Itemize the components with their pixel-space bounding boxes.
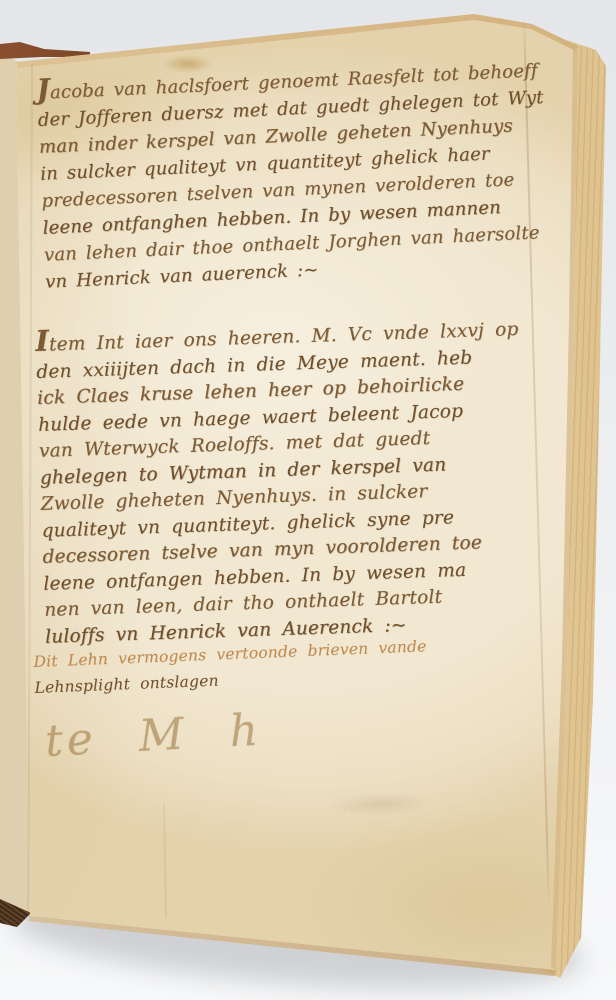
pen-trial-marks: te M h xyxy=(44,709,263,764)
manuscript-entry-2: Item Int iaer ons heeren. M. Vc vnde lxx… xyxy=(35,314,570,651)
manuscript-photo: Jacoba van haclsfoert genoemt Raesfelt t… xyxy=(0,0,616,1000)
manuscript-entry-1: Jacoba van haclsfoert genoemt Raesfelt t… xyxy=(36,56,565,295)
faint-inscription-smudge xyxy=(328,790,433,818)
